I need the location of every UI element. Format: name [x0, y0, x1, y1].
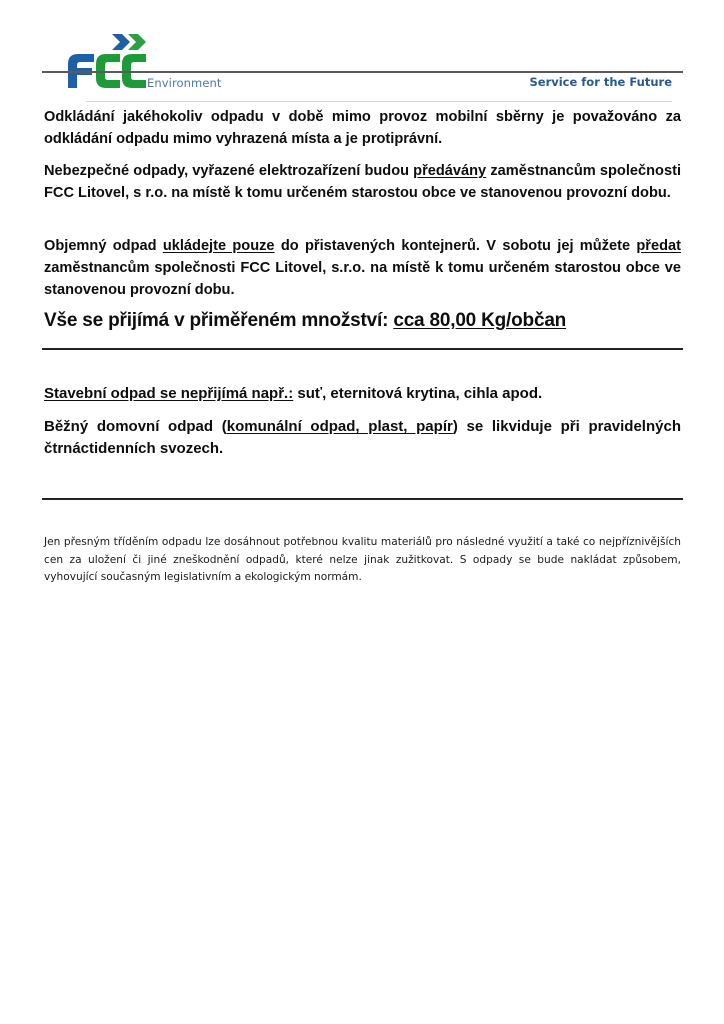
text: Nebezpečné odpady, vyřazené elektrozaříz…: [44, 163, 413, 179]
text: Běžný domovní odpad (: [44, 418, 227, 435]
underlined-text: Stavební odpad se nepřijímá např.:: [44, 385, 293, 402]
underlined-text: ukládejte pouze: [163, 238, 275, 254]
paragraph-off-hours-disposal: Odkládání jakéhokoliv odpadu v době mimo…: [44, 106, 681, 150]
quantity-limit-headline: Vše se přijímá v přiměřeném množství: cc…: [44, 310, 566, 332]
text: Vše se přijímá v přiměřeném množství:: [44, 310, 393, 331]
text: zaměstnancům společnosti FCC Litovel, s.…: [44, 260, 681, 298]
section-divider: [42, 348, 683, 350]
quantity-limit-value: cca 80,00 Kg/občan: [393, 310, 566, 331]
underlined-text: předat: [636, 238, 681, 254]
text: suť, eternitová krytina, cihla apod.: [293, 385, 542, 402]
paragraph-bulky-waste: Objemný odpad ukládejte pouze do přistav…: [44, 235, 681, 301]
text: do přistavených kontejnerů. V sobotu jej…: [275, 238, 637, 254]
underlined-text: předávány: [413, 163, 486, 179]
document-page: Environment Service for the Future Odklá…: [0, 0, 724, 1024]
sorting-note: Jen přesným tříděním odpadu lze dosáhnou…: [44, 534, 681, 587]
header-subdivider: [86, 101, 672, 102]
paragraph-construction-waste: Stavební odpad se nepřijímá např.: suť, …: [44, 383, 681, 405]
logo-subtitle: Environment: [147, 76, 222, 90]
text: Objemný odpad: [44, 238, 163, 254]
tagline: Service for the Future: [529, 75, 672, 89]
header-divider: [42, 71, 683, 73]
section-divider: [42, 498, 683, 500]
underlined-text: komunální odpad, plast, papír: [227, 418, 453, 435]
paragraph-hazardous-waste: Nebezpečné odpady, vyřazené elektrozaříz…: [44, 160, 681, 204]
paragraph-household-waste: Běžný domovní odpad (komunální odpad, pl…: [44, 416, 681, 460]
